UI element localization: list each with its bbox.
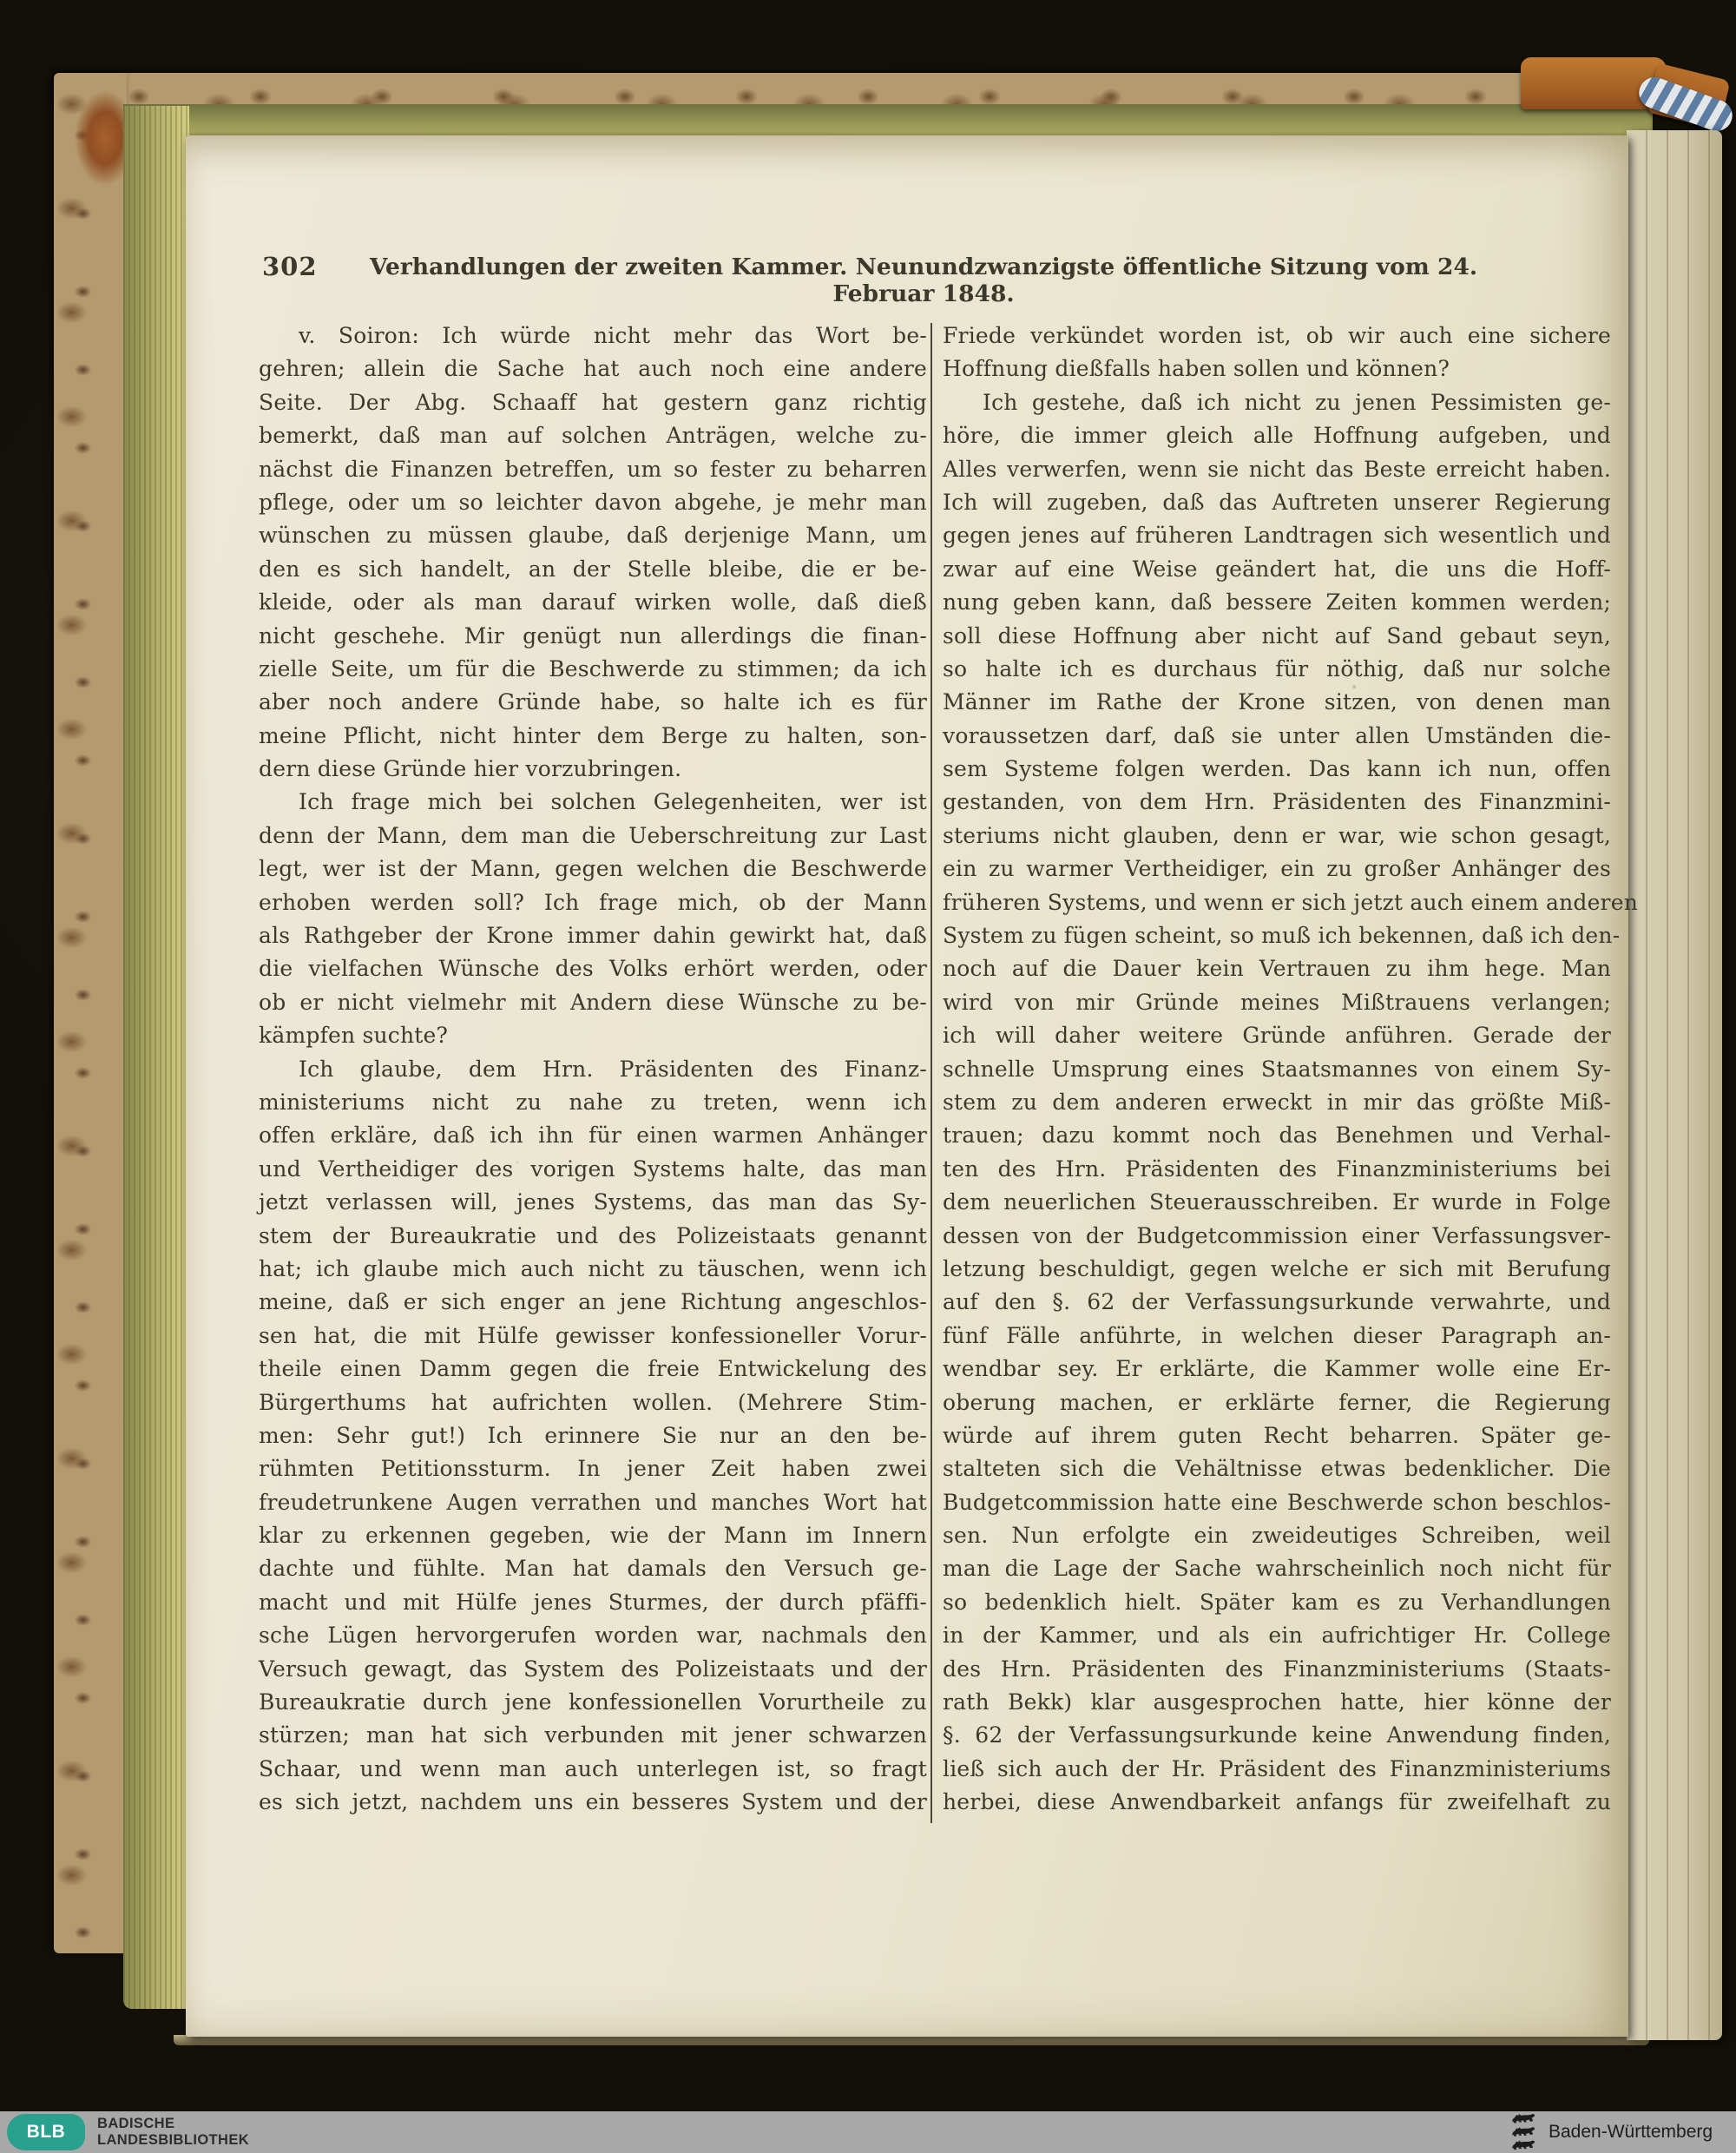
text-line: nung geben kann, daß bessere Zeiten komm… — [943, 586, 1611, 619]
text-line: in der Kammer, und als ein aufrichtiger … — [943, 1619, 1611, 1652]
text-line: früheren Systems, und wenn er sich jetzt… — [943, 886, 1611, 919]
text-line: Ich will zugeben, daß das Auftreten unse… — [943, 486, 1611, 519]
facing-page-fore-edge — [1627, 130, 1722, 2040]
text-line: Bürgerthums hat aufrichten wollen. (Mehr… — [259, 1386, 927, 1419]
text-line: macht und mit Hülfe jenes Sturmes, der d… — [259, 1586, 927, 1619]
text-line: stem zu dem anderen erweckt in mir das g… — [943, 1086, 1611, 1119]
text-line: Seite. Der Abg. Schaaff hat gestern ganz… — [259, 386, 927, 419]
text-line: sen hat, die mit Hülfe gewisser konfessi… — [259, 1320, 927, 1353]
text-line: letzung beschuldigt, gegen welche er sic… — [943, 1253, 1611, 1286]
text-line: gegen jenes auf früheren Landtragen sich… — [943, 519, 1611, 552]
text-line: soll diese Hoffnung aber nicht auf Sand … — [943, 620, 1611, 653]
page-number: 302 — [262, 252, 318, 281]
library-name: BADISCHE LANDESBIBLIOTHEK — [97, 2116, 249, 2148]
text-line: klar zu erkennen gegeben, wie der Mann i… — [259, 1519, 927, 1552]
text-line: höre, die immer gleich alle Hoffnung auf… — [943, 419, 1611, 452]
baden-wuerttemberg-lions-icon — [1510, 2113, 1538, 2151]
text-line: erhoben werden soll? Ich frage mich, ob … — [259, 886, 927, 919]
text-line: würde auf ihrem guten Recht beharren. Sp… — [943, 1419, 1611, 1452]
text-line: Schaar, und wenn man auch unterlegen ist… — [259, 1753, 927, 1786]
blb-logo-text: BLB — [27, 2122, 66, 2143]
text-line: man die Lage der Sache wahrscheinlich no… — [943, 1552, 1611, 1585]
text-line: dessen von der Budgetcommission einer Ve… — [943, 1220, 1611, 1253]
text-line: Alles verwerfen, wenn sie nicht das Best… — [943, 453, 1611, 486]
text-line: als Rathgeber der Krone immer dahin gewi… — [259, 919, 927, 952]
text-line: schnelle Umsprung eines Staatsmannes von… — [943, 1053, 1611, 1086]
text-line: wünschen zu müssen glaube, daß derjenige… — [259, 519, 927, 552]
page-block-top-edge — [123, 104, 1653, 139]
text-line: §. 62 der Verfassungsurkunde keine Anwen… — [943, 1719, 1611, 1752]
text-line: die vielfachen Wünsche des Volks erhört … — [259, 952, 927, 985]
text-line: so bedenklich hielt. Später kam es zu Ve… — [943, 1586, 1611, 1619]
text-line: men: Sehr gut!) Ich erinnere Sie nur an … — [259, 1419, 927, 1452]
text-line: stürzen; man hat sich verbunden mit jene… — [259, 1719, 927, 1752]
text-line: herbei, diese Anwendbarkeit anfangs für … — [943, 1786, 1611, 1819]
text-line: kleide, oder als man darauf wirken wolle… — [259, 586, 927, 619]
text-line: jetzt verlassen will, jenes Systems, das… — [259, 1186, 927, 1219]
state-name: Baden-Württemberg — [1549, 2122, 1713, 2143]
text-line: meine Pflicht, nicht hinter dem Berge zu… — [259, 720, 927, 753]
text-line: nächst die Finanzen betreffen, um so fes… — [259, 453, 927, 486]
text-line: Versuch gewagt, das System des Polizeist… — [259, 1653, 927, 1686]
text-line: wird von mir Gründe meines Mißtrauens ve… — [943, 986, 1611, 1019]
running-head: 302 Verhandlungen der zweiten Kammer. Ne… — [186, 252, 1628, 288]
text-line: pflege, oder um so leichter davon abgehe… — [259, 486, 927, 519]
text-line: Budgetcommission hatte eine Beschwerde s… — [943, 1486, 1611, 1519]
page-block-left-edge — [123, 106, 189, 2009]
text-line: Ich gestehe, daß ich nicht zu jenen Pess… — [943, 386, 1611, 419]
text-line: wendbar sey. Er erklärte, die Kammer wol… — [943, 1353, 1611, 1386]
text-line: so halte ich es durchaus für nöthig, daß… — [943, 653, 1611, 686]
text-line: zwar auf eine Weise geändert hat, die un… — [943, 553, 1611, 586]
text-line: dem neuerlichen Steuerausschreiben. Er w… — [943, 1186, 1611, 1219]
text-line: ministeriums nicht zu nahe zu treten, we… — [259, 1086, 927, 1119]
text-column-right: Friede verkündet worden ist, ob wir auch… — [943, 319, 1611, 1820]
blb-logo-icon: BLB — [7, 2114, 85, 2150]
text-line: meine, daß er sich enger an jene Richtun… — [259, 1286, 927, 1319]
text-line: zielle Seite, um für die Beschwerde zu s… — [259, 653, 927, 686]
text-line: rühmten Petitionssturm. In jener Zeit ha… — [259, 1452, 927, 1485]
text-line: stalteten sich die Vehältnisse etwas bed… — [943, 1452, 1611, 1485]
text-line: steriums nicht glauben, denn er war, wie… — [943, 820, 1611, 853]
text-line: v. Soiron: Ich würde nicht mehr das Wort… — [259, 319, 927, 352]
text-line: fünf Fälle anführte, in welchen dieser P… — [943, 1320, 1611, 1353]
column-divider-rule — [930, 323, 932, 1823]
text-line: hat; ich glaube mich auch nicht zu täusc… — [259, 1253, 927, 1286]
text-line: aber noch andere Gründe habe, so halte i… — [259, 686, 927, 719]
text-line: auf den §. 62 der Verfassungsurkunde ver… — [943, 1286, 1611, 1319]
text-line: noch auf die Dauer kein Vertrauen zu ihm… — [943, 952, 1611, 985]
library-footer-bar: BLB BADISCHE LANDESBIBLIOTHEK Baden-Würt… — [0, 2111, 1736, 2153]
text-line: stem der Bureaukratie und des Polizeista… — [259, 1220, 927, 1253]
text-line: denn der Mann, dem man die Ueberschreitu… — [259, 820, 927, 853]
text-column-left: v. Soiron: Ich würde nicht mehr das Wort… — [259, 319, 927, 1820]
text-line: ten des Hrn. Präsidenten des Finanzminis… — [943, 1153, 1611, 1186]
text-line: ob er nicht vielmehr mit Andern diese Wü… — [259, 986, 927, 1019]
text-line: gehren; allein die Sache hat auch noch e… — [259, 352, 927, 385]
text-line: nicht geschehe. Mir genügt nun allerding… — [259, 620, 927, 653]
text-line: oberung machen, er erklärte ferner, die … — [943, 1386, 1611, 1419]
text-line: voraussetzen darf, daß sie unter allen U… — [943, 720, 1611, 753]
book-page: 302 Verhandlungen der zweiten Kammer. Ne… — [186, 135, 1628, 2037]
text-line: sem Systeme folgen werden. Das kann ich … — [943, 753, 1611, 786]
page-header-title: Verhandlungen der zweiten Kammer. Neunun… — [329, 253, 1518, 307]
library-name-line2: LANDESBIBLIOTHEK — [97, 2132, 249, 2149]
text-line: legt, wer ist der Mann, gegen welchen di… — [259, 853, 927, 886]
text-line: dern diese Gründe hier vorzubringen. — [259, 753, 927, 786]
digitized-book-scan: { "page": { "number": "302", "header": "… — [0, 0, 1736, 2153]
text-line: sen. Nun erfolgte ein zweideutiges Schre… — [943, 1519, 1611, 1552]
text-line: theile einen Damm gegen die freie Entwic… — [259, 1353, 927, 1386]
text-line: dachte und fühlte. Man hat damals den Ve… — [259, 1552, 927, 1585]
text-line: Ich frage mich bei solchen Gelegenheiten… — [259, 786, 927, 819]
text-line: Friede verkündet worden ist, ob wir auch… — [943, 319, 1611, 352]
text-line: sche Lügen hervorgerufen worden war, nac… — [259, 1619, 927, 1652]
text-line: offen erkläre, daß ich ihn für einen war… — [259, 1119, 927, 1152]
text-line: System zu fügen scheint, so muß ich beke… — [943, 919, 1611, 952]
state-branding: Baden-Württemberg — [1510, 2111, 1713, 2153]
text-line: Hoffnung dießfalls haben sollen und könn… — [943, 352, 1611, 385]
text-line: ich will daher weitere Gründe anführen. … — [943, 1019, 1611, 1052]
text-line: kämpfen suchte? — [259, 1019, 927, 1052]
text-line: freudetrunkene Augen verrathen und manch… — [259, 1486, 927, 1519]
text-line: es sich jetzt, nachdem uns ein besseres … — [259, 1786, 927, 1819]
text-line: ein zu warmer Vertheidiger, ein zu große… — [943, 853, 1611, 886]
text-line: Ich glaube, dem Hrn. Präsidenten des Fin… — [259, 1053, 927, 1086]
text-line: trauen; dazu kommt noch das Benehmen und… — [943, 1119, 1611, 1152]
text-line: des Hrn. Präsidenten des Finanzministeri… — [943, 1653, 1611, 1686]
text-line: Bureaukratie durch jene konfessionellen … — [259, 1686, 927, 1719]
book-cover-left-edge — [54, 73, 127, 1953]
text-line: gestanden, von dem Hrn. Präsidenten des … — [943, 786, 1611, 819]
text-line: rath Bekk) klar ausgesprochen hatte, hie… — [943, 1686, 1611, 1719]
library-name-line1: BADISCHE — [97, 2116, 249, 2132]
text-line: und Vertheidiger des vorigen Systems hal… — [259, 1153, 927, 1186]
text-line: Männer im Rathe der Krone sitzen, von de… — [943, 686, 1611, 719]
text-line: ließ sich auch der Hr. Präsident des Fin… — [943, 1753, 1611, 1786]
text-line: bemerkt, daß man auf solchen Anträgen, w… — [259, 419, 927, 452]
text-line: den es sich handelt, an der Stelle bleib… — [259, 553, 927, 586]
